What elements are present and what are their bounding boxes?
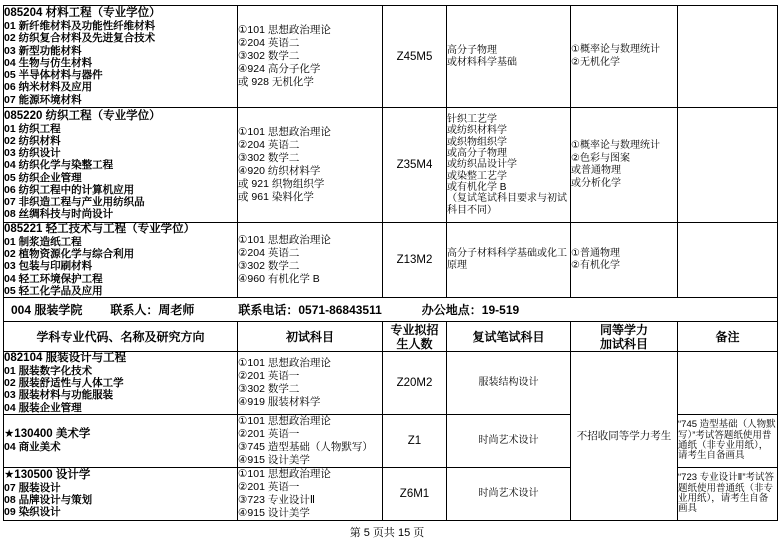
- college-info-row: 004 服装学院 联系人：周老师 联系电话：0571-86843511 办公地点…: [4, 298, 778, 322]
- initial-subjects: ①101 思想政治理论 ②201 英语一 ③745 造型基础（人物默写） ④91…: [238, 415, 382, 467]
- research-directions: 01 制浆造纸工程 02 植物资源化学与综合利用 03 包装与印刷材料 04 轻…: [4, 236, 237, 297]
- college-contact: 联系人：周老师: [110, 301, 194, 318]
- major-title-cell: 085221 轻工技术与工程（专业学位） 01 制浆造纸工程 02 植物资源化学…: [4, 223, 238, 298]
- retest-subjects-cell: 服装结构设计: [447, 352, 571, 415]
- college-info-cell: 004 服装学院 联系人：周老师 联系电话：0571-86843511 办公地点…: [4, 298, 778, 322]
- initial-subjects: ①101 思想政治理论 ②204 英语二 ③302 数学二 ④924 高分子化学…: [238, 24, 382, 89]
- research-directions: 01 纺织工程 02 纺织材料 03 纺织设计 04 纺织化学与染整工程 05 …: [4, 123, 237, 221]
- addtest-subjects: ①概率论与数理统计 ②无机化学: [571, 44, 677, 69]
- quota-cell: Z1: [383, 414, 447, 467]
- admissions-catalog-page: 085204 材料工程（专业学位） 01 新纤维材料及功能性纤维材料 02 纺织…: [0, 5, 780, 540]
- retest-subjects-cell: 针织工艺学 或纺织材料学 或织物组织学 或高分子物理 或纺织品设计学 或染整工艺…: [447, 108, 571, 223]
- retest-subjects-cell: 时尚艺术设计: [447, 414, 571, 467]
- retest-subjects-cell: 时尚艺术设计: [447, 467, 571, 520]
- retest-subjects-cell: 高分子物理 或材料科学基础: [447, 6, 571, 108]
- initial-subjects-cell: ①101 思想政治理论 ②204 英语二 ③302 数学二 ④920 纺织材料学…: [238, 108, 383, 223]
- retest-subjects: 针织工艺学 或纺织材料学 或织物组织学 或高分子物理 或纺织品设计学 或染整工艺…: [447, 114, 570, 216]
- quota-cell: Z13M2: [383, 223, 447, 298]
- header-quota-label: 专业拟招 生人数: [383, 323, 446, 351]
- addtest-subjects-cell: ①普通物理 ②有机化学: [571, 223, 678, 298]
- addtest-subjects: ①概率论与数理统计 ②色彩与图案 或普通物理 或分析化学: [571, 140, 677, 190]
- retest-subjects: 服装结构设计: [447, 377, 570, 389]
- research-directions: 01 服装数字化技术 02 服装舒适性与人体工学 03 服装材料与功能服装 04…: [4, 365, 237, 414]
- initial-subjects: ①101 思想政治理论 ②204 英语二 ③302 数学二 ④960 有机化学 …: [238, 234, 382, 286]
- addtest-subjects-cell: ①概率论与数理统计 ②色彩与图案 或普通物理 或分析化学: [571, 108, 678, 223]
- major-title: 085220 纺织工程（专业学位）: [4, 110, 237, 123]
- quota-cell: Z45M5: [383, 6, 447, 108]
- note-cell: [678, 352, 778, 415]
- header-addtest-col: 同等学力 加试科目: [571, 322, 678, 352]
- quota-cell: Z6M1: [383, 467, 447, 520]
- major-title: ★130400 美术学: [4, 428, 237, 441]
- note-cell: [678, 108, 778, 223]
- quota-cell: Z20M2: [383, 352, 447, 415]
- header-note-col: 备注: [678, 322, 778, 352]
- initial-subjects: ①101 思想政治理论 ②201 英语一 ③302 数学二 ④919 服装材料学: [238, 357, 382, 409]
- college-office: 办公地点：19-519: [422, 301, 519, 318]
- initial-subjects-cell: ①101 思想政治理论 ②201 英语一 ③723 专业设计Ⅱ ④915 设计美…: [238, 467, 383, 520]
- major-row-085220: 085220 纺织工程（专业学位） 01 纺织工程 02 纺织材料 03 纺织设…: [4, 108, 778, 223]
- major-title: 085221 轻工技术与工程（专业学位）: [4, 223, 237, 236]
- retest-subjects: 时尚艺术设计: [447, 435, 570, 447]
- note-text: “745 造型基础（人物默写）”考试答题纸使用普通纸（非专业用纸），请考生自备画…: [678, 420, 777, 461]
- major-title-cell: 082104 服装设计与工程 01 服装数字化技术 02 服装舒适性与人体工学 …: [4, 352, 238, 415]
- retest-subjects: 高分子物理 或材料科学基础: [447, 45, 570, 69]
- note-cell: [678, 6, 778, 108]
- header-major-col: 学科专业代码、名称及研究方向: [4, 322, 238, 352]
- note-text: “723 专业设计Ⅱ”考试答题纸使用普通纸（非专业用纸），请考生自备画具: [678, 473, 777, 514]
- initial-subjects-cell: ①101 思想政治理论 ②201 英语一 ③745 造型基础（人物默写） ④91…: [238, 414, 383, 467]
- major-title: 085204 材料工程（专业学位）: [4, 7, 237, 20]
- research-directions: 04 商业美术: [4, 441, 237, 453]
- major-title-cell: 085204 材料工程（专业学位） 01 新纤维材料及功能性纤维材料 02 纺织…: [4, 6, 238, 108]
- initial-subjects-cell: ①101 思想政治理论 ②204 英语二 ③302 数学二 ④960 有机化学 …: [238, 223, 383, 298]
- initial-subjects: ①101 思想政治理论 ②201 英语一 ③723 专业设计Ⅱ ④915 设计美…: [238, 468, 382, 520]
- initial-subjects: ①101 思想政治理论 ②204 英语二 ③302 数学二 ④920 纺织材料学…: [238, 126, 382, 204]
- note-cell: “745 造型基础（人物默写）”考试答题纸使用普通纸（非专业用纸），请考生自备画…: [678, 414, 778, 467]
- table-header-row: 学科专业代码、名称及研究方向 初试科目 专业拟招 生人数 复试笔试科目 同等学力…: [4, 322, 778, 352]
- note-cell: “723 专业设计Ⅱ”考试答题纸使用普通纸（非专业用纸），请考生自备画具: [678, 467, 778, 520]
- retest-subjects: 高分子材料科学基础或化工原理: [447, 248, 570, 272]
- initial-subjects-cell: ①101 思想政治理论 ②204 英语二 ③302 数学二 ④924 高分子化学…: [238, 6, 383, 108]
- major-row-085221: 085221 轻工技术与工程（专业学位） 01 制浆造纸工程 02 植物资源化学…: [4, 223, 778, 298]
- major-title-cell: 085220 纺织工程（专业学位） 01 纺织工程 02 纺织材料 03 纺织设…: [4, 108, 238, 223]
- major-title: ★130500 设计学: [4, 469, 237, 482]
- major-title: 082104 服装设计与工程: [4, 352, 237, 365]
- college-code-name: 004 服装学院: [11, 301, 82, 318]
- quota-cell: Z35M4: [383, 108, 447, 223]
- college-phone: 联系电话：0571-86843511: [238, 301, 381, 318]
- retest-subjects-cell: 高分子材料科学基础或化工原理: [447, 223, 571, 298]
- addtest-merged-cell: 不招收同等学力考生: [571, 352, 678, 521]
- major-row-082104: 082104 服装设计与工程 01 服装数字化技术 02 服装舒适性与人体工学 …: [4, 352, 778, 415]
- initial-subjects-cell: ①101 思想政治理论 ②201 英语一 ③302 数学二 ④919 服装材料学: [238, 352, 383, 415]
- addtest-subjects: ①普通物理 ②有机化学: [571, 248, 677, 273]
- header-addtest-label: 同等学力 加试科目: [571, 323, 677, 351]
- major-row-085204: 085204 材料工程（专业学位） 01 新纤维材料及功能性纤维材料 02 纺织…: [4, 6, 778, 108]
- retest-subjects: 时尚艺术设计: [447, 488, 570, 500]
- header-quota-col: 专业拟招 生人数: [383, 322, 447, 352]
- header-retest-col: 复试笔试科目: [447, 322, 571, 352]
- research-directions: 07 服装设计 08 品牌设计与策划 09 染织设计: [4, 482, 237, 519]
- major-title-cell: ★130400 美术学 04 商业美术: [4, 414, 238, 467]
- note-cell: [678, 223, 778, 298]
- addtest-subjects-cell: ①概率论与数理统计 ②无机化学: [571, 6, 678, 108]
- research-directions: 01 新纤维材料及功能性纤维材料 02 纺织复合材料及先进复合技术 03 新型功…: [4, 20, 237, 105]
- page-number: 第 5 页共 15 页: [0, 524, 774, 540]
- header-initial-col: 初试科目: [238, 322, 383, 352]
- major-title-cell: ★130500 设计学 07 服装设计 08 品牌设计与策划 09 染织设计: [4, 467, 238, 520]
- admissions-table: 085204 材料工程（专业学位） 01 新纤维材料及功能性纤维材料 02 纺织…: [3, 5, 778, 521]
